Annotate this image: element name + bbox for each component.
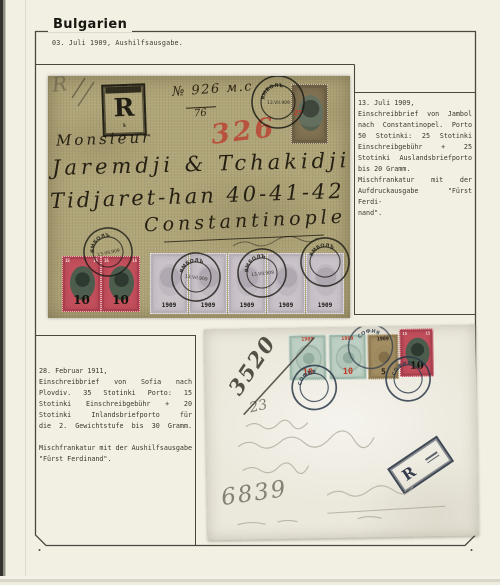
note-line: Stotinki Einschreibgebühr + 20 bbox=[39, 399, 192, 410]
svg-text:ЯМБОЛЪ: ЯМБОЛЪ bbox=[179, 255, 205, 276]
note-box-right: 13. Juli 1909,Einschreibbrief von Jambol… bbox=[354, 92, 476, 315]
postmark-town: ЯМБОЛЪ bbox=[260, 83, 284, 101]
postmark-date: 13.VII.909 bbox=[97, 248, 121, 259]
note-line: Stotinki Auslandsbriefporto bbox=[358, 153, 472, 164]
cover2-postmarks: СОФИЯ СОФИЯ СОФИЯ bbox=[204, 325, 479, 541]
postmark-jambol-4: ЯМБОЛЪ 13.VII.909 bbox=[236, 247, 289, 300]
note-line: "Fürst Ferdinand". bbox=[39, 454, 192, 465]
svg-text:ЯМБОЛЪ: ЯМБОЛЪ bbox=[243, 253, 268, 273]
note-box-left: 28. Februar 1911,Einschreibbrief von Sof… bbox=[35, 335, 196, 546]
note-line: 28. Februar 1911, bbox=[39, 366, 192, 377]
cover-sofia-plovdiv: 3520 23 6839 1909 10 1909 10 1909 5 1515… bbox=[204, 325, 479, 541]
note-line: Einschreibgebühr + 25 bbox=[358, 142, 472, 153]
exhibit-page: Bulgarien 03. Juli 1909, Aushilfsausgabe… bbox=[0, 0, 500, 585]
note-line: Mischfrankatur mit der Aushilfsausgabe bbox=[39, 443, 192, 454]
pencil-address-script bbox=[236, 417, 446, 524]
note-line: Mischfrankatur mit der bbox=[358, 175, 472, 186]
note-line: bis 20 Gramm. bbox=[358, 164, 472, 175]
postmark-jambol-3: ЯМБОЛЪ 13.VII.909 bbox=[169, 250, 223, 304]
postmark-jambol-5: ЯМБОЛЪ bbox=[296, 233, 350, 291]
postmark-date: 13.VII.909 bbox=[251, 270, 275, 278]
note-line: Stotinki Inlandsbriefporto für bbox=[39, 410, 192, 421]
cover1-postmarks: ЯМБОЛЪ 13.VII.909 ЯМБОЛЪ 13.VII.909 ЯМБО… bbox=[48, 76, 350, 318]
page-title: Bulgarien bbox=[48, 17, 132, 32]
svg-text:ЯМБОЛЪ: ЯМБОЛЪ bbox=[260, 83, 284, 101]
note-line: nach Constantinopel. Porto bbox=[358, 120, 472, 131]
cover-jambol-constantinople: R Monsieur Jaremdji & Tchakidji Tidjaret… bbox=[48, 76, 350, 318]
note-line: Einschreibbrief von Sofia nach bbox=[39, 377, 192, 388]
postmark-sofia-1: СОФИЯ bbox=[288, 362, 340, 414]
note-line: 50 Stotinki: 25 Stotinki bbox=[358, 131, 472, 142]
note-line: Einschreibbrief von Jambol bbox=[358, 109, 472, 120]
page-subtitle: 03. Juli 1909, Aushilfsausgabe. bbox=[52, 39, 183, 47]
postmark-date: 13.VII.909 bbox=[267, 100, 290, 106]
postmark-jambol-2: ЯМБОЛЪ 13.VII.909 bbox=[80, 224, 137, 281]
postmark-jambol-1: ЯМБОЛЪ 13.VII.909 bbox=[252, 76, 304, 128]
note-line bbox=[39, 432, 192, 443]
postmark-town: ЯМБОЛЪ bbox=[179, 255, 205, 276]
note-line: Plovdiv. 35 Stotinki Porto: 15 bbox=[39, 388, 192, 399]
note-line: 13. Juli 1909, bbox=[358, 98, 472, 109]
postmark-date: 13.VII.909 bbox=[185, 273, 209, 282]
postmark-sofia-3: СОФИЯ bbox=[384, 354, 433, 403]
note-line: nand". bbox=[358, 208, 472, 219]
note-line: Aufdruckausgabe "Fürst Ferdi- bbox=[358, 186, 472, 208]
note-line: die 2. Gewichtstufe bis 30 Gramm. bbox=[39, 421, 192, 432]
postmark-town: ЯМБОЛЪ bbox=[243, 253, 268, 273]
